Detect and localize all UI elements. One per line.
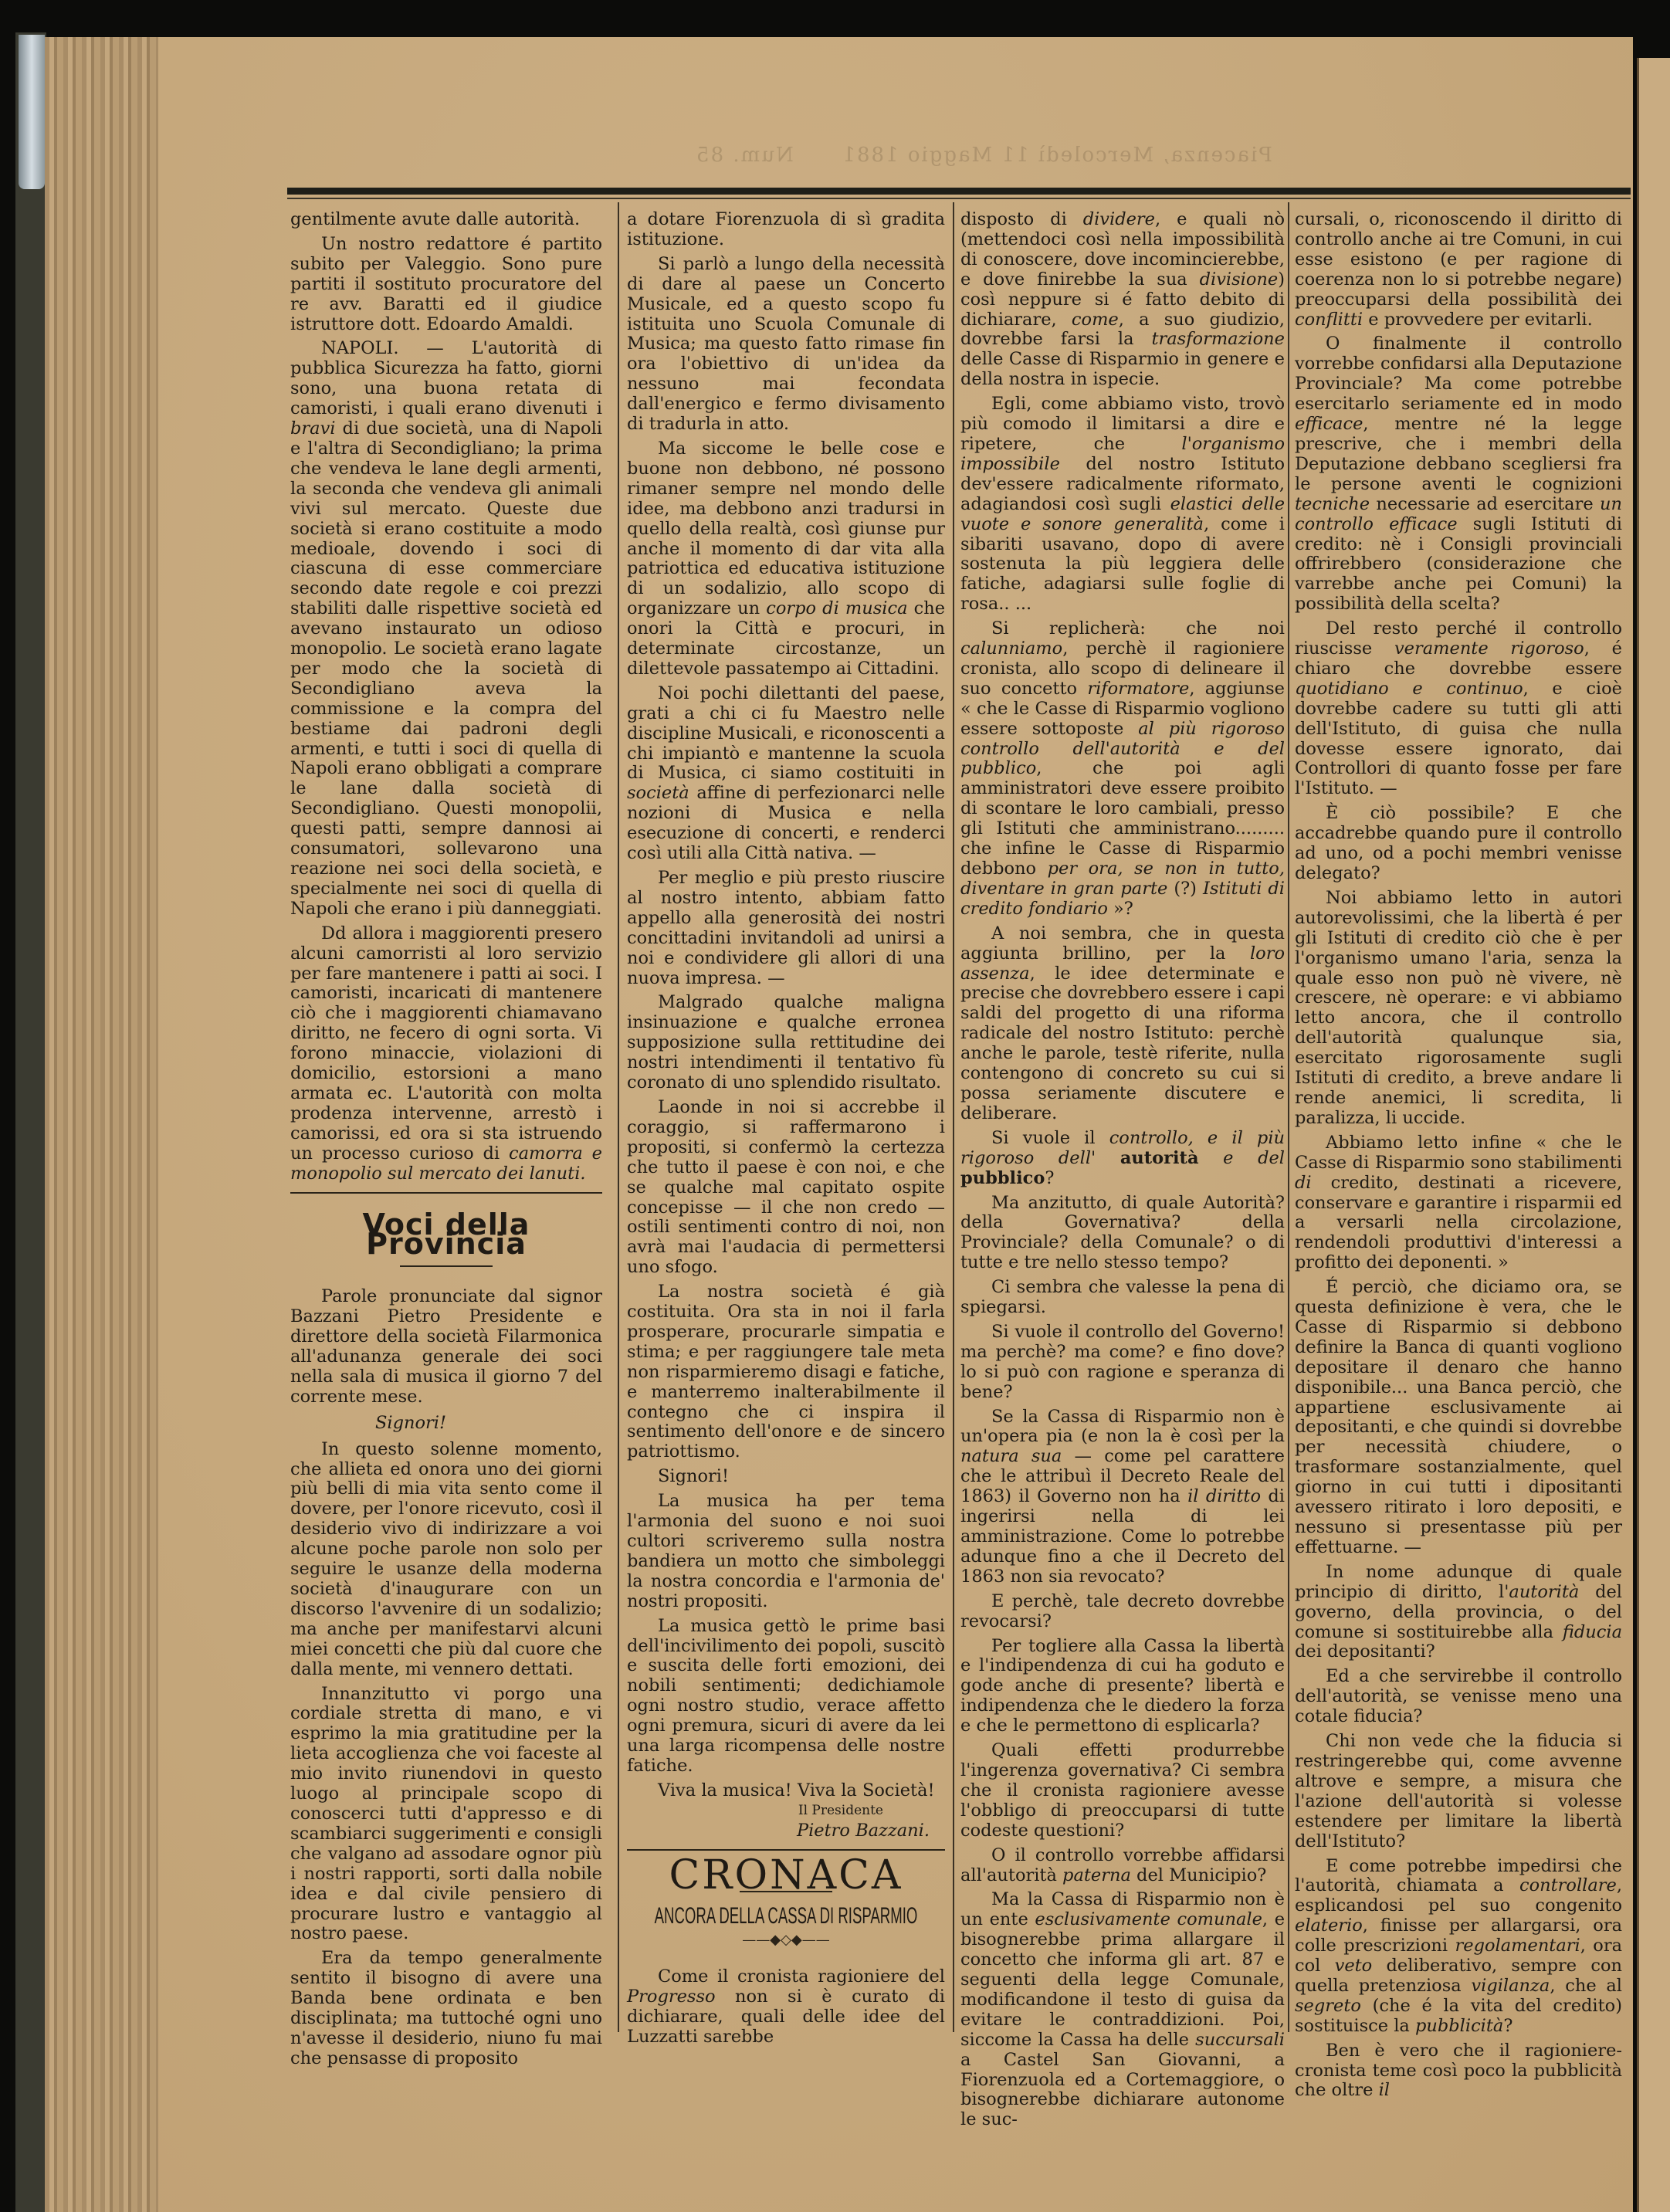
- paragraph: NAPOLI. — L'autorità di pubblica Sicurez…: [290, 339, 602, 919]
- adjacent-page-edge: [1637, 58, 1670, 2212]
- paragraph: Se la Cassa di Risparmio non è un'opera …: [960, 1407, 1285, 1587]
- cronaca-heading: CRONACA: [627, 1866, 945, 1886]
- paragraph: disposto di dividere, e quali nò (metten…: [960, 210, 1285, 390]
- paragraph: Ma siccome le belle cose e buone non deb…: [627, 439, 945, 679]
- paragraph: A noi sembra, che in questa aggiunta bri…: [960, 924, 1285, 1124]
- paragraph: La musica gettò le prime basi dell'inciv…: [627, 1617, 945, 1777]
- paragraph: Un nostro redattore é partito subito per…: [290, 235, 602, 335]
- article-headline: ANCORA DELLA CASSA DI RISPARMIO: [630, 1906, 942, 1926]
- section-title: Voci della Provincia: [290, 1215, 602, 1255]
- paragraph: Ed a che servirebbe il controllo dell'au…: [1295, 1667, 1622, 1727]
- paragraph: Signori!: [627, 1467, 945, 1487]
- paragraph: E come potrebbe impedirsi che l'autorità…: [1295, 1857, 1622, 2037]
- paragraph: cursali, o, riconoscendo il diritto di c…: [1295, 210, 1622, 330]
- paragraph: Abbiamo letto infine « che le Casse di R…: [1295, 1133, 1622, 1273]
- paragraph: Si vuole il controllo, e il più rigoroso…: [960, 1129, 1285, 1189]
- paragraph: Malgrado qualche maligna insinuazione e …: [627, 993, 945, 1093]
- column-3: disposto di dividere, e quali nò (metten…: [960, 210, 1285, 2130]
- column-1: gentilmente avute dalle autorità.Un nost…: [290, 210, 602, 2069]
- book-binding: [15, 32, 46, 2212]
- column-4-paragraphs: cursali, o, riconoscendo il diritto di c…: [1295, 210, 1622, 2101]
- paragraph: Chi non vede che la fiducia si restringe…: [1295, 1732, 1622, 1851]
- paragraph: Quali effetti produrrebbe l'ingerenza go…: [960, 1741, 1285, 1841]
- column-2: a dotare Fiorenzuola di sì gradita istit…: [627, 210, 945, 2048]
- column-divider: [1288, 202, 1289, 2032]
- header-rule-thin: [287, 198, 1631, 199]
- paragraph: Ma anzitutto, di quale Autorità? della G…: [960, 1194, 1285, 1274]
- paragraph: Ci sembra che valesse la pena di spiegar…: [960, 1278, 1285, 1318]
- paragraph: Viva la musica! Viva la Società!: [627, 1781, 945, 1801]
- paragraph: Si replicherà: che noi calunniamo, perch…: [960, 619, 1285, 920]
- paragraph: E perchè, tale decreto dovrebbe revocars…: [960, 1592, 1285, 1632]
- section-divider: [627, 1849, 945, 1851]
- signature-label: Il Presidente: [627, 1801, 945, 1821]
- column-1-paragraphs: gentilmente avute dalle autorità.Un nost…: [290, 210, 602, 1184]
- salutation: Signori!: [290, 1414, 602, 1434]
- paragraph: gentilmente avute dalle autorità.: [290, 210, 602, 230]
- signature-name: Pietro Bazzani.: [627, 1821, 945, 1841]
- paragraph: a dotare Fiorenzuola di sì gradita istit…: [627, 210, 945, 250]
- binding-corner-protector: [19, 35, 45, 189]
- paragraph: Innanzitutto vi porgo una cordiale stret…: [290, 1685, 602, 1945]
- paragraph: Si vuole il controllo del Governo! ma pe…: [960, 1323, 1285, 1403]
- paragraph: La nostra società é già costituita. Ora …: [627, 1282, 945, 1462]
- article-intro: Come il cronista ragioniere del Progress…: [627, 1967, 945, 2048]
- paragraph: In questo solenne momento, che allieta e…: [290, 1440, 602, 1680]
- section-intro: Parole pronunciate dal signor Bazzani Pi…: [290, 1287, 602, 1407]
- paragraph: Laonde in noi si accrebbe il coraggio, s…: [627, 1098, 945, 1278]
- ornament-divider: ——◆◇◆——: [627, 1930, 945, 1950]
- column-3-paragraphs: disposto di dividere, e quali nò (metten…: [960, 210, 1285, 2130]
- column-2-paragraphs: a dotare Fiorenzuola di sì gradita istit…: [627, 210, 945, 1801]
- column-divider: [618, 202, 619, 2032]
- paragraph: O finalmente il controllo vorrebbe confi…: [1295, 334, 1622, 615]
- paragraph: Dd allora i maggiorenti presero alcuni c…: [290, 924, 602, 1184]
- speech-paragraphs: In questo solenne momento, che allieta e…: [290, 1440, 602, 2069]
- paragraph: Si parlò a lungo della necessità di dare…: [627, 255, 945, 435]
- section-divider: [290, 1192, 602, 1194]
- bleed-through-header: Piacenza, Mercoledì 11 Maggio 1881 Num. …: [695, 144, 1272, 167]
- column-4: cursali, o, riconoscendo il diritto di c…: [1295, 210, 1622, 2101]
- paragraph: È ciò possibile? E che accadrebbe quando…: [1295, 804, 1622, 884]
- paragraph: O il controllo vorrebbe affidarsi all'au…: [960, 1846, 1285, 1886]
- title-underline: [400, 1265, 493, 1267]
- paragraph: Egli, come abbiamo visto, trovò più como…: [960, 395, 1285, 615]
- paragraph: Per meglio e più presto riuscire al nost…: [627, 869, 945, 988]
- paragraph: Per togliere alla Cassa la libertà e l'i…: [960, 1637, 1285, 1737]
- paragraph: Del resto perché il controllo riuscisse …: [1295, 619, 1622, 799]
- header-rule-thick: [287, 188, 1631, 195]
- paragraph: Ma la Cassa di Risparmio non è un ente e…: [960, 1890, 1285, 2130]
- paragraph: Noi pochi dilettanti del paese, grati a …: [627, 684, 945, 864]
- page-edges-stack: [45, 37, 161, 2212]
- paragraph: Ben è vero che il ragioniere-cronista te…: [1295, 2041, 1622, 2102]
- column-divider: [953, 202, 954, 2032]
- paragraph: Era da tempo generalmente sentito il bis…: [290, 1949, 602, 2068]
- paragraph: In nome adunque di quale principio di di…: [1295, 1563, 1622, 1663]
- paragraph: É perciò, che diciamo ora, se questa def…: [1295, 1278, 1622, 1558]
- paragraph: Noi abbiamo letto in autori autorevoliss…: [1295, 889, 1622, 1129]
- paragraph: La musica ha per tema l'armonia del suon…: [627, 1492, 945, 1611]
